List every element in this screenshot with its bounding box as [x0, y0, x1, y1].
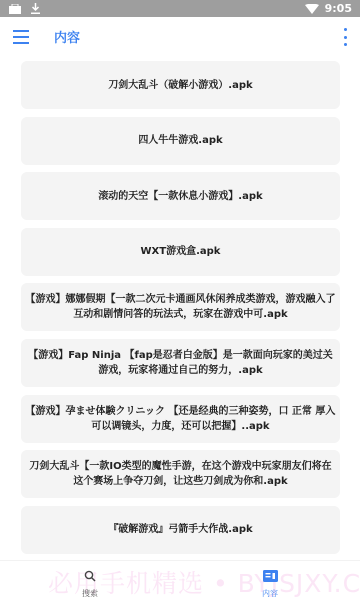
- item-label: 【游戏】孕ませ体験クリニック 【还是经典的三种姿势，口 正常 厚入 可以调镜头，…: [25, 404, 336, 434]
- list-item[interactable]: 【游戏】Fap Ninja 【fap是忍者白金版】是一款面向玩家的美过关游戏，玩…: [21, 339, 340, 387]
- wifi-icon: [305, 4, 319, 14]
- list-item[interactable]: 『破解游戏』弓箭手大作战.apk: [21, 506, 340, 554]
- item-label: WXT游戏盒.apk: [141, 244, 221, 259]
- item-label: 四人牛牛游戏.apk: [138, 133, 222, 148]
- search-icon: [84, 570, 96, 582]
- tab-search[interactable]: 搜索: [60, 567, 120, 599]
- item-label: 刀剑大乱斗【一款IO类型的魔性手游，在这个游戏中玩家朋友们将在这个赛场上争夺刀剑…: [25, 459, 336, 489]
- tab-search-label: 搜索: [60, 588, 120, 599]
- list-item[interactable]: 【游戏】孕ませ体験クリニック 【还是经典的三种姿势，口 正常 厚入 可以调镜头，…: [21, 395, 340, 443]
- list-item[interactable]: 滚动的天空【一款休息小游戏】.apk: [21, 172, 340, 220]
- item-label: 【游戏】Fap Ninja 【fap是忍者白金版】是一款面向玩家的美过关游戏，玩…: [25, 348, 336, 378]
- bag-icon: [9, 4, 21, 14]
- list-item[interactable]: 刀剑大乱斗（破解小游戏）.apk: [21, 61, 340, 109]
- hamburger-menu-icon[interactable]: [13, 30, 29, 44]
- list-item[interactable]: 四人牛牛游戏.apk: [21, 117, 340, 165]
- tab-content-label: 内容: [240, 588, 300, 599]
- list-item[interactable]: 刀剑大乱斗【一款IO类型的魔性手游，在这个游戏中玩家朋友们将在这个赛场上争夺刀剑…: [21, 450, 340, 498]
- file-list: 刀剑大乱斗（破解小游戏）.apk 四人牛牛游戏.apk 滚动的天空【一款休息小游…: [21, 61, 340, 561]
- status-time: 9:05: [325, 2, 352, 15]
- app-bar: 内容: [0, 17, 360, 57]
- item-label: 【游戏】娜娜假期【一款二次元卡通画风休闲养成类游戏，游戏融入了互动和剧情问答的玩…: [25, 292, 336, 322]
- list-item[interactable]: WXT游戏盒.apk: [21, 228, 340, 276]
- page-title: 内容: [54, 27, 80, 46]
- more-vertical-icon[interactable]: [342, 28, 348, 46]
- item-label: 『破解游戏』弓箭手大作战.apk: [108, 522, 252, 537]
- content-list-icon: [263, 570, 278, 582]
- status-bar: 9:05: [0, 0, 360, 17]
- item-label: 滚动的天空【一款休息小游戏】.apk: [98, 189, 262, 204]
- bottom-nav: 必用手机精选 • BYJSJXY.COM 搜索 内容: [0, 560, 360, 600]
- list-item[interactable]: 【游戏】娜娜假期【一款二次元卡通画风休闲养成类游戏，游戏融入了互动和剧情问答的玩…: [21, 283, 340, 331]
- tab-content[interactable]: 内容: [240, 567, 300, 599]
- download-icon: [31, 3, 40, 14]
- item-label: 刀剑大乱斗（破解小游戏）.apk: [108, 78, 252, 93]
